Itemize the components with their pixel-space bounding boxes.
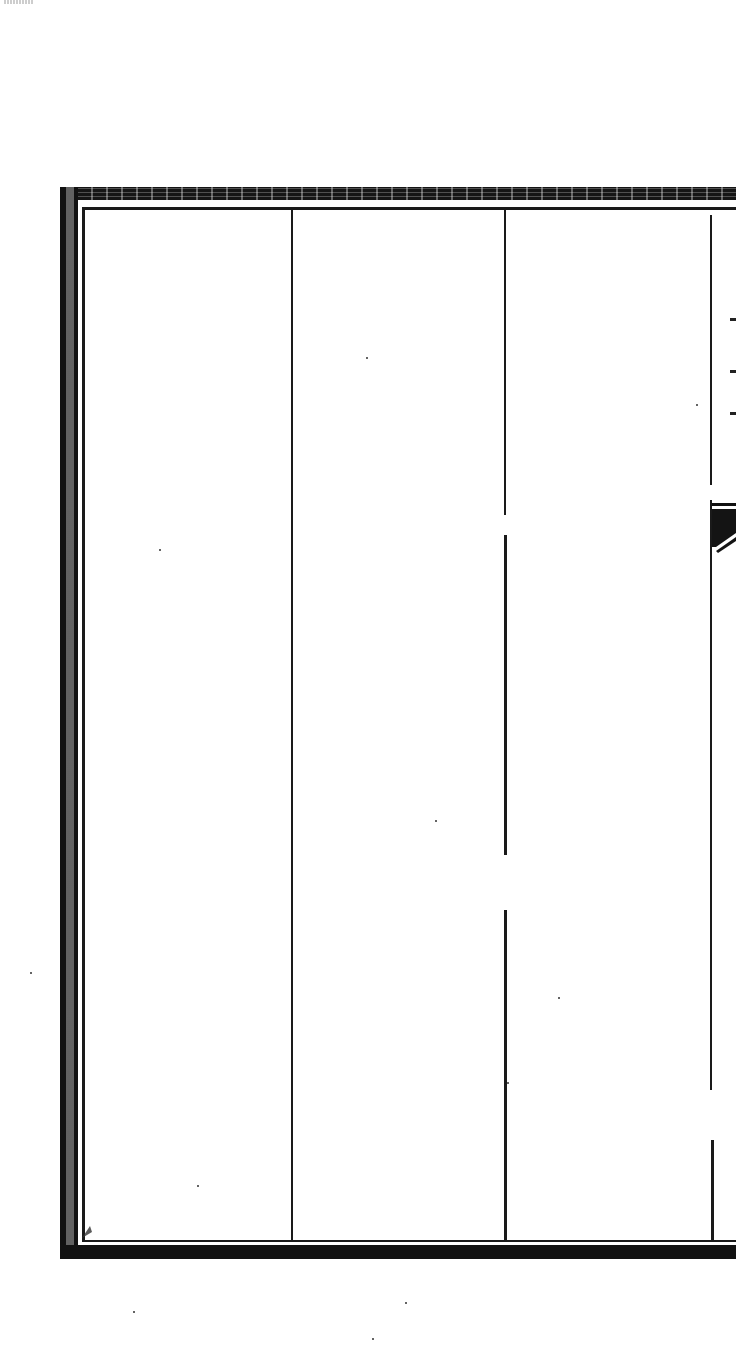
ink-speck xyxy=(30,972,32,974)
ink-speck xyxy=(159,549,161,551)
outer-border-top xyxy=(70,187,736,200)
ink-speck xyxy=(133,1311,135,1313)
ink-speck xyxy=(507,1082,509,1084)
ink-speck xyxy=(696,404,698,406)
ink-speck xyxy=(372,1338,374,1340)
column-rule-2 xyxy=(504,210,506,515)
ink-speck xyxy=(366,357,368,359)
ink-speck xyxy=(197,1185,199,1187)
center-fold-rule xyxy=(710,215,712,485)
ink-speck xyxy=(435,820,437,822)
column-rule-1 xyxy=(291,210,293,1240)
scan-identifier-mark xyxy=(4,0,34,4)
outer-border-bottom xyxy=(60,1245,736,1259)
center-fold-rule xyxy=(711,1140,714,1240)
inner-border-left xyxy=(82,207,85,1242)
inner-border-top xyxy=(82,207,736,210)
center-fold-rule xyxy=(710,500,712,1090)
ink-speck xyxy=(558,997,560,999)
fold-mark xyxy=(730,370,736,373)
column-rule-2 xyxy=(504,910,507,1240)
column-rule-2 xyxy=(504,535,507,855)
fold-mark xyxy=(730,412,736,415)
outer-border-left xyxy=(60,187,78,1257)
inner-border-bottom xyxy=(82,1240,736,1242)
fishtail-marker-icon xyxy=(712,503,736,553)
corner-blemish-icon xyxy=(80,1222,94,1240)
fold-mark xyxy=(730,318,736,321)
ink-speck xyxy=(405,1302,407,1304)
